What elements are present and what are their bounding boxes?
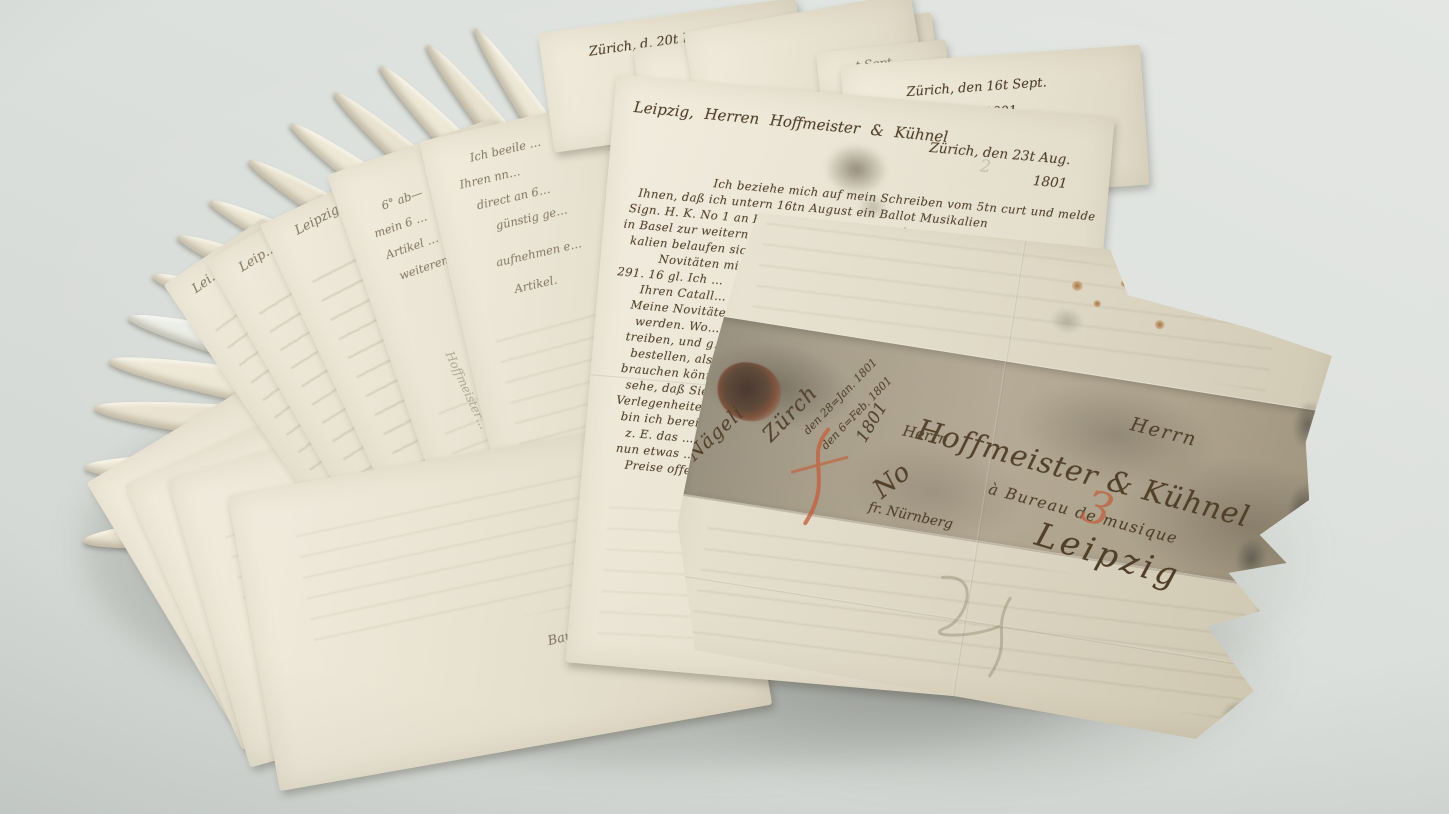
letter-line-fragment: Artikel.	[513, 273, 558, 296]
place-date-line: Zürich, den 16t Sept.	[906, 75, 1047, 100]
letter-line-fragment: 6° ab—	[380, 186, 425, 213]
ghost-flourish	[897, 563, 1052, 694]
letter-salutation: Leipzig, Herren Hoffmeister & Kühnel	[633, 98, 949, 146]
foxing-spot	[1120, 280, 1128, 288]
letter-line-fragment: aufnehmen e…	[495, 236, 583, 269]
letter-line-fragment: günstig ge…	[494, 202, 568, 232]
photo-stage: Lei… Leip… Leipzig, 6° ab— mein 6 … Arti…	[0, 0, 1449, 814]
letter-line-fragment: Ich beeile …	[468, 135, 542, 165]
page-mark: 2	[979, 156, 992, 177]
letter-place-date: Zürich, den 23t Aug.	[929, 140, 1071, 168]
letter-year: 1801	[1032, 173, 1068, 192]
letter-line-fragment: Ihren nn…	[458, 164, 521, 192]
